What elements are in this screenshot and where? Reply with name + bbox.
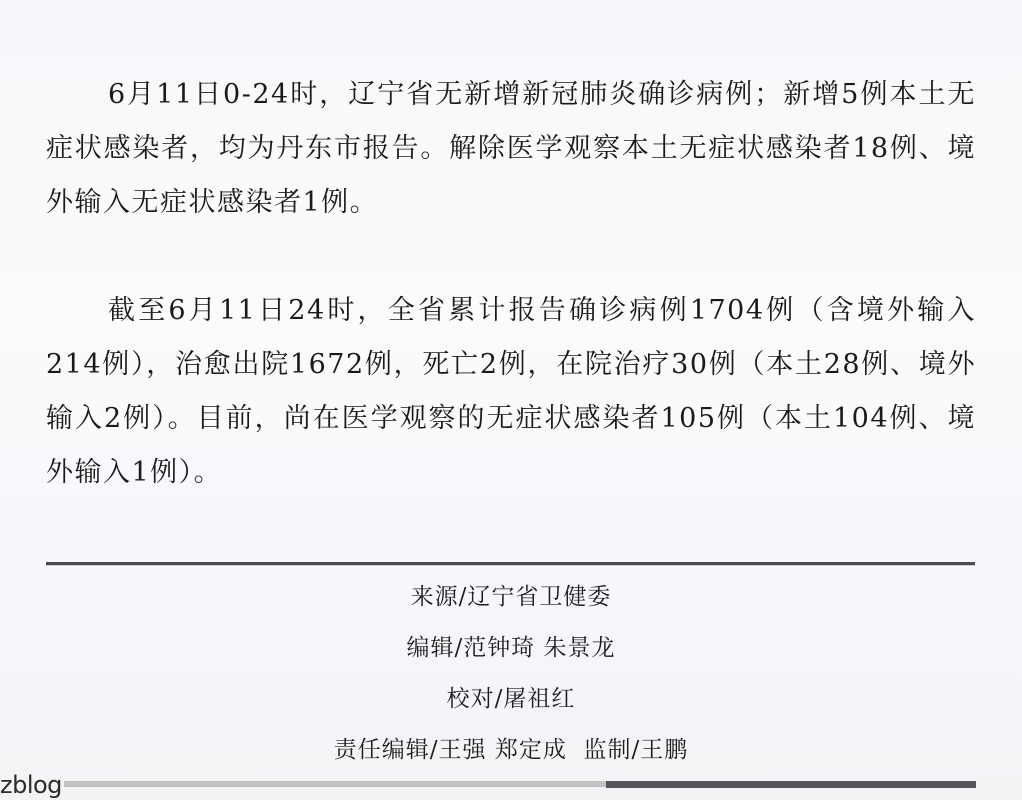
progress-bar-track xyxy=(64,781,608,787)
credit-source: 来源/辽宁省卫健委 xyxy=(0,572,1022,623)
credit-responsible-editors: 责任编辑/王强 郑定成 监制/王鹏 xyxy=(0,725,1022,776)
credits-block: 来源/辽宁省卫健委 编辑/范钟琦 朱景龙 校对/屠祖红 责任编辑/王强 郑定成 … xyxy=(0,572,1022,776)
article-body: 6月11日0-24时，辽宁省无新增新冠肺炎确诊病例；新增5例本土无症状感染者，均… xyxy=(46,68,976,500)
section-divider xyxy=(46,562,975,566)
progress-bar-fill xyxy=(606,781,976,788)
paragraph-daily-report: 6月11日0-24时，辽宁省无新增新冠肺炎确诊病例；新增5例本土无症状感染者，均… xyxy=(46,68,976,230)
paragraph-cumulative-report: 截至6月11日24时，全省累计报告确诊病例1704例（含境外输入214例），治愈… xyxy=(46,284,976,500)
watermark-text: zblog xyxy=(0,771,62,799)
credit-proofreader: 校对/屠祖红 xyxy=(0,674,1022,725)
credit-editors: 编辑/范钟琦 朱景龙 xyxy=(0,623,1022,674)
